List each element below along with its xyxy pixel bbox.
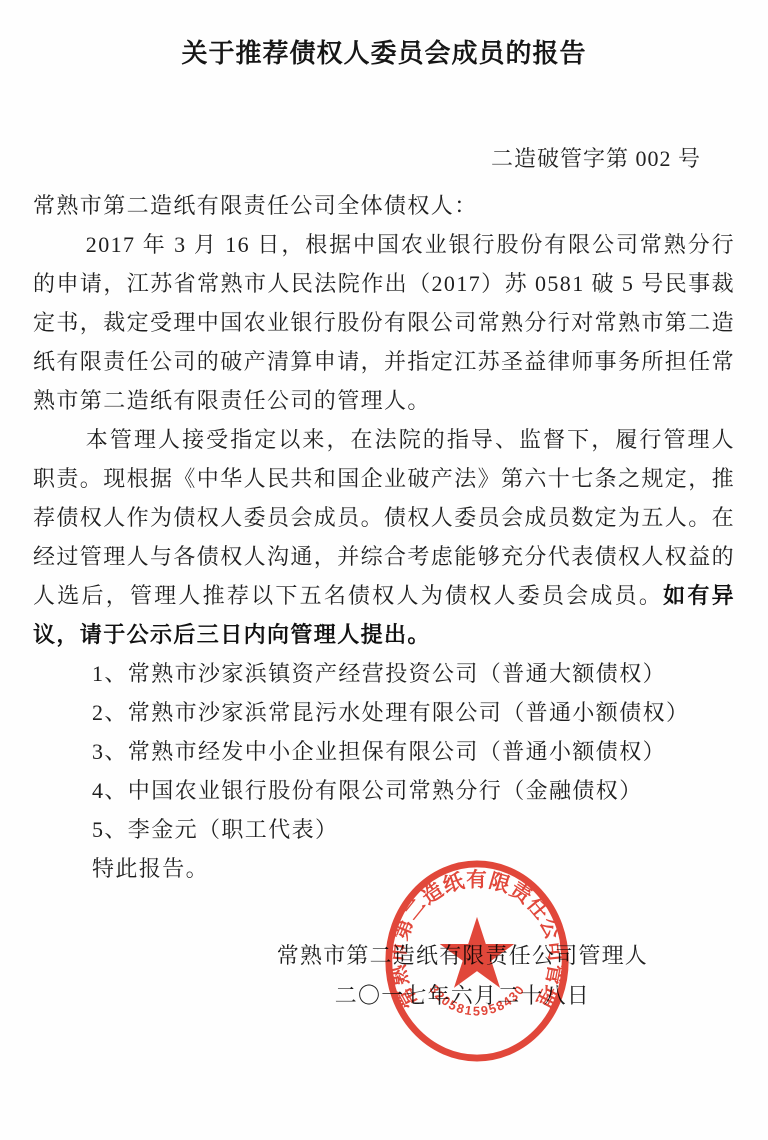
seal-number: 3205815958430 (426, 982, 527, 1019)
list-item: 2、常熟市沙家浜常昆污水处理有限公司（普通小额债权） (33, 693, 735, 732)
list-item: 3、常熟市经发中小企业担保有限公司（普通小额债权） (33, 732, 735, 771)
document-number: 二造破管字第 002 号 (0, 142, 768, 173)
document-page: 关于推荐债权人委员会成员的报告 二造破管字第 002 号 常熟市第二造纸有限责任… (0, 0, 768, 1140)
list-item: 4、中国农业银行股份有限公司常熟分行（金融债权） (33, 771, 735, 810)
seal-star (440, 917, 514, 988)
paragraph-ruling: 2017 年 3 月 16 日，根据中国农业银行股份有限公司常熟分行的申请，江苏… (33, 225, 735, 420)
list-item: 1、常熟市沙家浜镇资产经营投资公司（普通大额债权） (33, 654, 735, 693)
company-seal-stamp: 常熟市第二造纸有限责任公司管理人 3205815958430 (379, 857, 575, 1065)
document-body: 常熟市第二造纸有限责任公司全体债权人： 2017 年 3 月 16 日，根据中国… (0, 186, 768, 888)
creditor-list: 1、常熟市沙家浜镇资产经营投资公司（普通大额债权） 2、常熟市沙家浜常昆污水处理… (33, 654, 735, 849)
svg-text:3205815958430: 3205815958430 (426, 982, 527, 1019)
list-item: 5、李金元（职工代表） (33, 810, 735, 849)
page-title: 关于推荐债权人委员会成员的报告 (0, 0, 768, 70)
paragraph-recommendation-text: 本管理人接受指定以来，在法院的指导、监督下，履行管理人职责。现根据《中华人民共和… (33, 427, 735, 608)
paragraph-recommendation: 本管理人接受指定以来，在法院的指导、监督下，履行管理人职责。现根据《中华人民共和… (33, 420, 735, 654)
salutation-line: 常熟市第二造纸有限责任公司全体债权人： (33, 186, 735, 225)
